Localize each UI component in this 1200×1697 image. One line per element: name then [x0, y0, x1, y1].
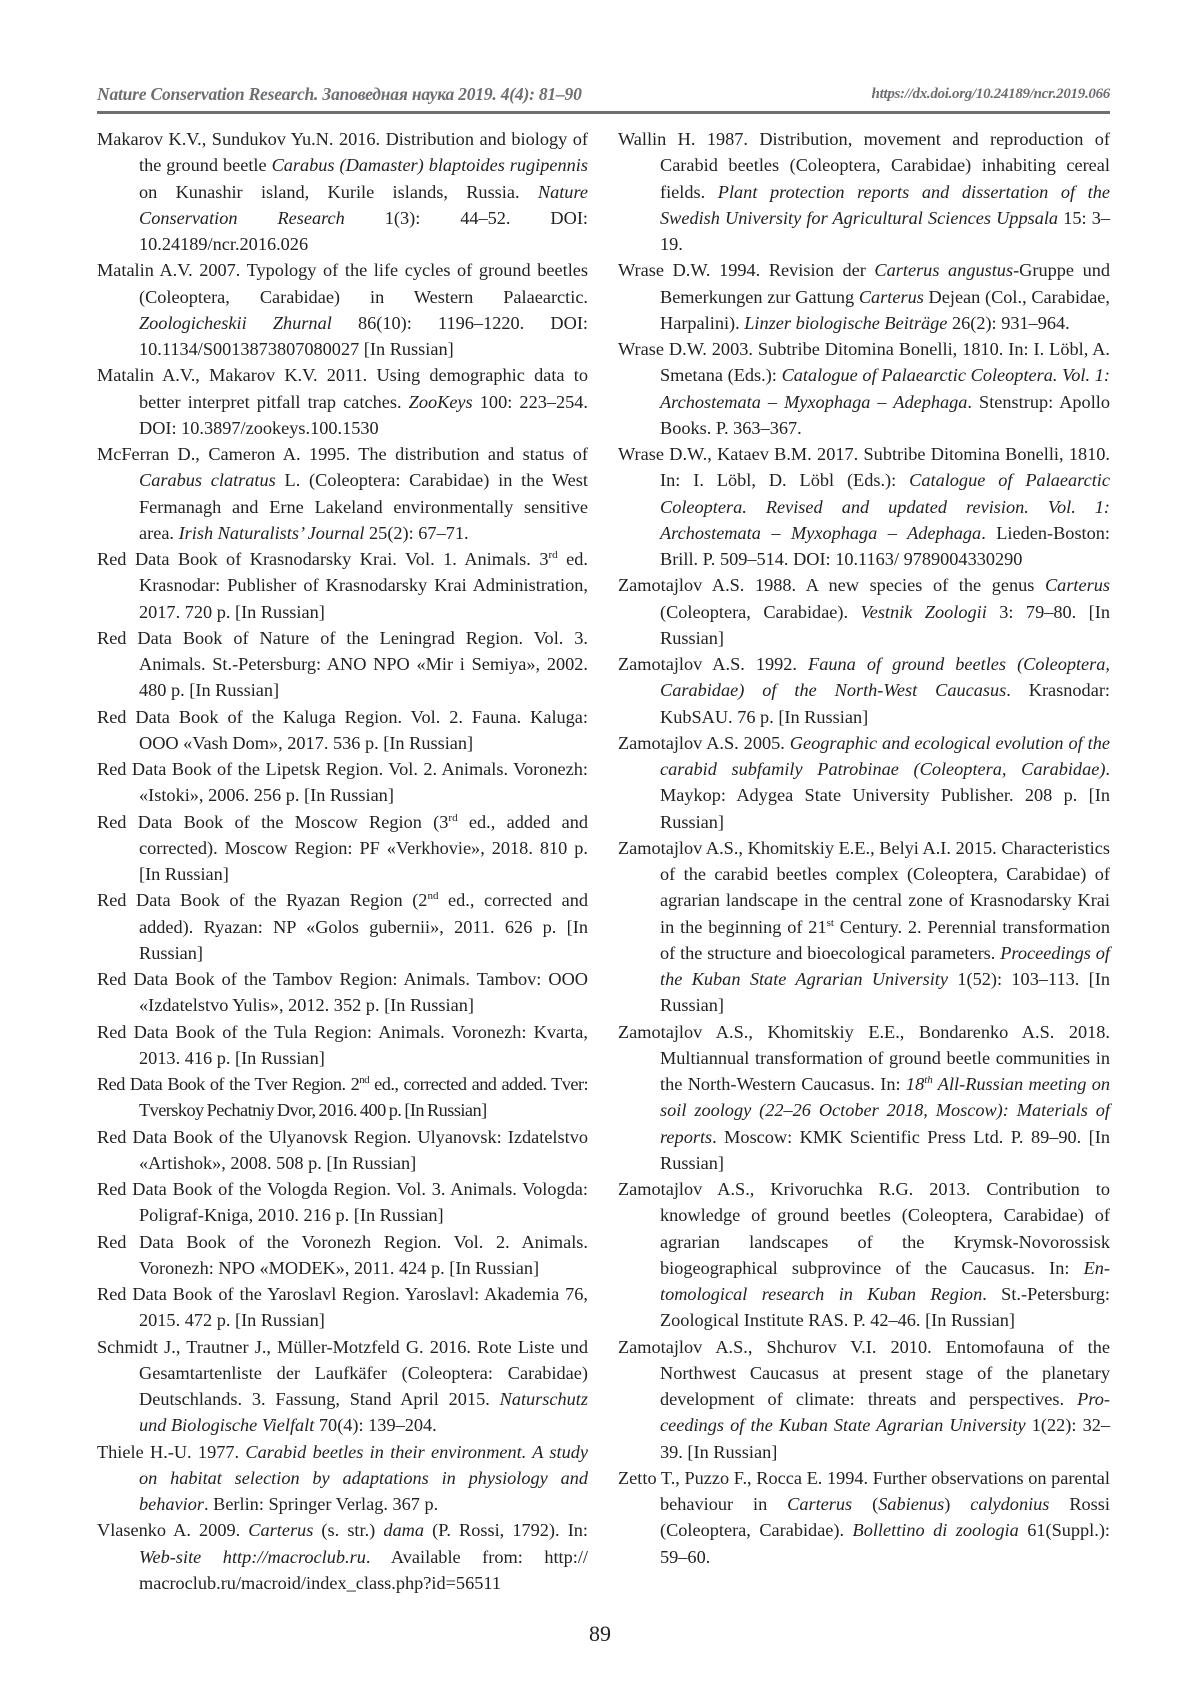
- reference-entry: Red Data Book of the Tambov Region: Anim…: [97, 966, 588, 1019]
- reference-entry: Red Data Book of the Tver Region. 2nd ed…: [97, 1071, 588, 1124]
- reference-entry: Matalin A.V., Makarov K.V. 2011. Using d…: [97, 362, 588, 441]
- reference-entry: Red Data Book of the Lipetsk Region. Vol…: [97, 756, 588, 809]
- reference-entry: Wrase D.W., Kataev B.M. 2017. Subtribe D…: [618, 441, 1110, 572]
- reference-entry: Zetto T., Puzzo F., Rocca E. 1994. Furth…: [618, 1465, 1110, 1570]
- reference-entry: Zamotajlov A.S., Khomitskiy E.E., Belyi …: [618, 835, 1110, 1019]
- reference-entry: Red Data Book of the Moscow Region (3rd …: [97, 809, 588, 888]
- reference-entry: Wrase D.W. 2003. Subtribe Ditomina Bonel…: [618, 336, 1110, 441]
- page-number: 89: [0, 1621, 1200, 1647]
- reference-entry: Red Data Book of Nature of the Leningrad…: [97, 625, 588, 704]
- header-divider: [97, 111, 1110, 114]
- references-column-left: Makarov K.V., Sundukov Yu.N. 2016. Distr…: [97, 126, 588, 1596]
- reference-entry: Zamotajlov A.S., Krivoruchka R.G. 2013. …: [618, 1176, 1110, 1334]
- reference-entry: Zamotajlov A.S., Shchurov V.I. 2010. Ent…: [618, 1334, 1110, 1465]
- references-column-right: Wallin H. 1987. Distribution, movement a…: [618, 126, 1110, 1570]
- reference-entry: Red Data Book of the Yaroslavl Region. Y…: [97, 1281, 588, 1334]
- journal-title: Nature Conservation Research. Заповедная…: [97, 84, 582, 105]
- doi-link[interactable]: https://dx.doi.org/10.24189/ncr.2019.066: [872, 86, 1110, 103]
- reference-entry: Red Data Book of the Kaluga Region. Vol.…: [97, 704, 588, 757]
- reference-entry: Zamotajlov A.S. 2005. Geographic and eco…: [618, 730, 1110, 835]
- running-header: Nature Conservation Research. Заповедная…: [97, 84, 1110, 106]
- reference-entry: Matalin A.V. 2007. Typology of the life …: [97, 257, 588, 362]
- reference-entry: Schmidt J., Trautner J., Müller-Motzfeld…: [97, 1334, 588, 1439]
- reference-entry: Red Data Book of the Ulyanovsk Region. U…: [97, 1124, 588, 1177]
- reference-entry: McFerran D., Cameron A. 1995. The distri…: [97, 441, 588, 546]
- reference-entry: Zamotajlov A.S., Khomitskiy E.E., Bondar…: [618, 1019, 1110, 1177]
- reference-entry: Red Data Book of the Tula Region: Animal…: [97, 1019, 588, 1072]
- reference-entry: Zamotajlov A.S. 1992. Fauna of ground be…: [618, 651, 1110, 730]
- reference-entry: Wrase D.W. 1994. Revision der Carterus a…: [618, 257, 1110, 336]
- reference-entry: Red Data Book of Krasnodarsky Krai. Vol.…: [97, 546, 588, 625]
- reference-entry: Zamotajlov A.S. 1988. A new species of t…: [618, 572, 1110, 651]
- reference-entry: Thiele H.-U. 1977. Carabid beetles in th…: [97, 1439, 588, 1518]
- reference-entry: Red Data Book of the Vologda Region. Vol…: [97, 1176, 588, 1229]
- reference-entry: Red Data Book of the Ryazan Region (2nd …: [97, 887, 588, 966]
- reference-entry: Vlasenko A. 2009. Carterus (s. str.) dam…: [97, 1517, 588, 1596]
- reference-entry: Red Data Book of the Voronezh Region. Vo…: [97, 1229, 588, 1282]
- reference-entry: Makarov K.V., Sundukov Yu.N. 2016. Distr…: [97, 126, 588, 257]
- reference-entry: Wallin H. 1987. Distribution, movement a…: [618, 126, 1110, 257]
